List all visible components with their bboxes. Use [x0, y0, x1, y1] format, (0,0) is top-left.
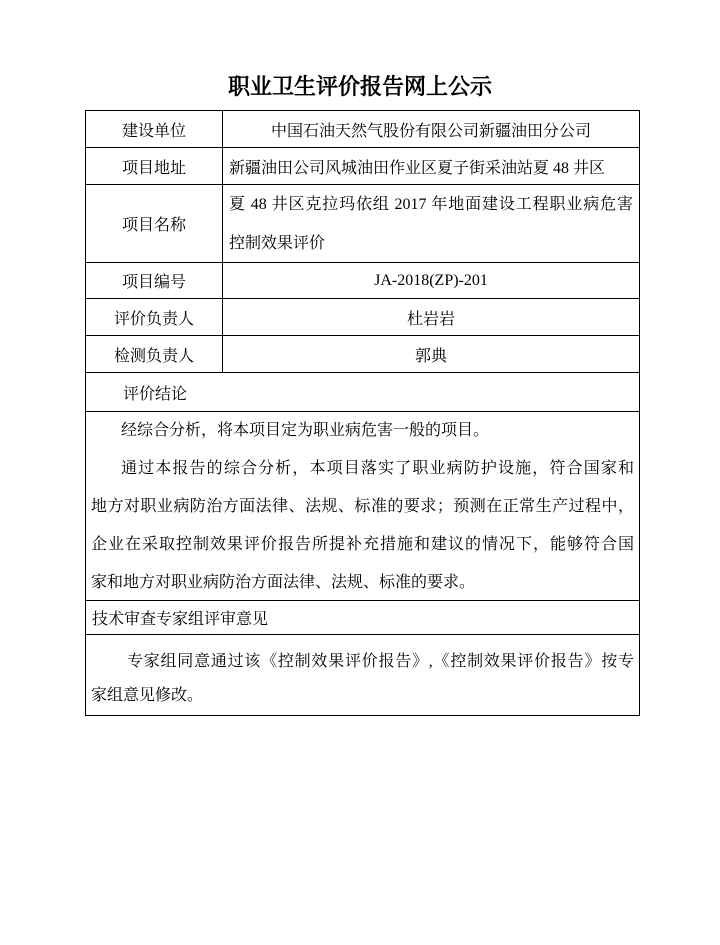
table-row-expert-body: 专家组同意通过该《控制效果评价报告》,《控制效果评价报告》按专 家组意见修改。 — [86, 634, 639, 715]
inspection-leader-value: 郭典 — [223, 336, 639, 372]
project-name-value-line1: 夏 48 井区克拉玛依组 2017 年地面建设工程职业病危害 — [229, 185, 633, 224]
conclusion-line-1: 经综合分析，将本项目定为职业病危害一般的项目。 — [91, 412, 634, 450]
table-row-evaluation-leader: 评价负责人 杜岩岩 — [86, 298, 639, 335]
evaluation-leader-value: 杜岩岩 — [223, 299, 639, 335]
table-row-project-address: 项目地址 新疆油田公司风城油田作业区夏子街采油站夏 48 井区 — [86, 147, 639, 184]
project-name-label: 项目名称 — [86, 185, 223, 262]
table-row-conclusion-header: 评价结论 — [86, 372, 639, 411]
expert-review-body: 专家组同意通过该《控制效果评价报告》,《控制效果评价报告》按专 家组意见修改。 — [86, 635, 639, 715]
construction-unit-label: 建设单位 — [86, 111, 223, 147]
project-address-label: 项目地址 — [86, 148, 223, 184]
project-number-label: 项目编号 — [86, 263, 223, 298]
project-name-value-line2: 控制效果评价 — [229, 224, 633, 263]
table-row-construction-unit: 建设单位 中国石油天然气股份有限公司新疆油田分公司 — [86, 111, 639, 147]
inspection-leader-label: 检测负责人 — [86, 336, 223, 372]
table-row-inspection-leader: 检测负责人 郭典 — [86, 335, 639, 372]
page-title: 职业卫生评价报告网上公示 — [0, 74, 720, 100]
conclusion-line-5: 家和地方对职业病防治方面法律、法规、标准的要求。 — [91, 564, 634, 602]
conclusion-body: 经综合分析，将本项目定为职业病危害一般的项目。 通过本报告的综合分析，本项目落实… — [86, 412, 639, 600]
project-address-value: 新疆油田公司风城油田作业区夏子街采油站夏 48 井区 — [223, 148, 639, 184]
expert-line-2: 家组意见修改。 — [91, 679, 634, 713]
project-number-value: JA-2018(ZP)-201 — [223, 263, 639, 298]
project-name-value: 夏 48 井区克拉玛依组 2017 年地面建设工程职业病危害 控制效果评价 — [223, 185, 639, 262]
table-row-project-number: 项目编号 JA-2018(ZP)-201 — [86, 262, 639, 298]
expert-line-1: 专家组同意通过该《控制效果评价报告》,《控制效果评价报告》按专 — [91, 645, 634, 679]
table-row-expert-header: 技术审查专家组评审意见 — [86, 600, 639, 634]
document-page: 职业卫生评价报告网上公示 建设单位 中国石油天然气股份有限公司新疆油田分公司 项… — [0, 0, 720, 945]
conclusion-header: 评价结论 — [86, 373, 639, 411]
conclusion-line-4: 企业在采取控制效果评价报告所提补充措施和建议的情况下，能够符合国 — [91, 526, 634, 564]
construction-unit-value: 中国石油天然气股份有限公司新疆油田分公司 — [223, 111, 639, 147]
conclusion-line-3: 地方对职业病防治方面法律、法规、标准的要求；预测在正常生产过程中， — [91, 488, 634, 526]
table-row-project-name: 项目名称 夏 48 井区克拉玛依组 2017 年地面建设工程职业病危害 控制效果… — [86, 184, 639, 262]
evaluation-leader-label: 评价负责人 — [86, 299, 223, 335]
report-table: 建设单位 中国石油天然气股份有限公司新疆油田分公司 项目地址 新疆油田公司风城油… — [85, 110, 640, 716]
conclusion-line-2: 通过本报告的综合分析，本项目落实了职业病防护设施，符合国家和 — [91, 450, 634, 488]
table-row-conclusion-body: 经综合分析，将本项目定为职业病危害一般的项目。 通过本报告的综合分析，本项目落实… — [86, 411, 639, 600]
expert-review-header: 技术审查专家组评审意见 — [86, 601, 639, 634]
